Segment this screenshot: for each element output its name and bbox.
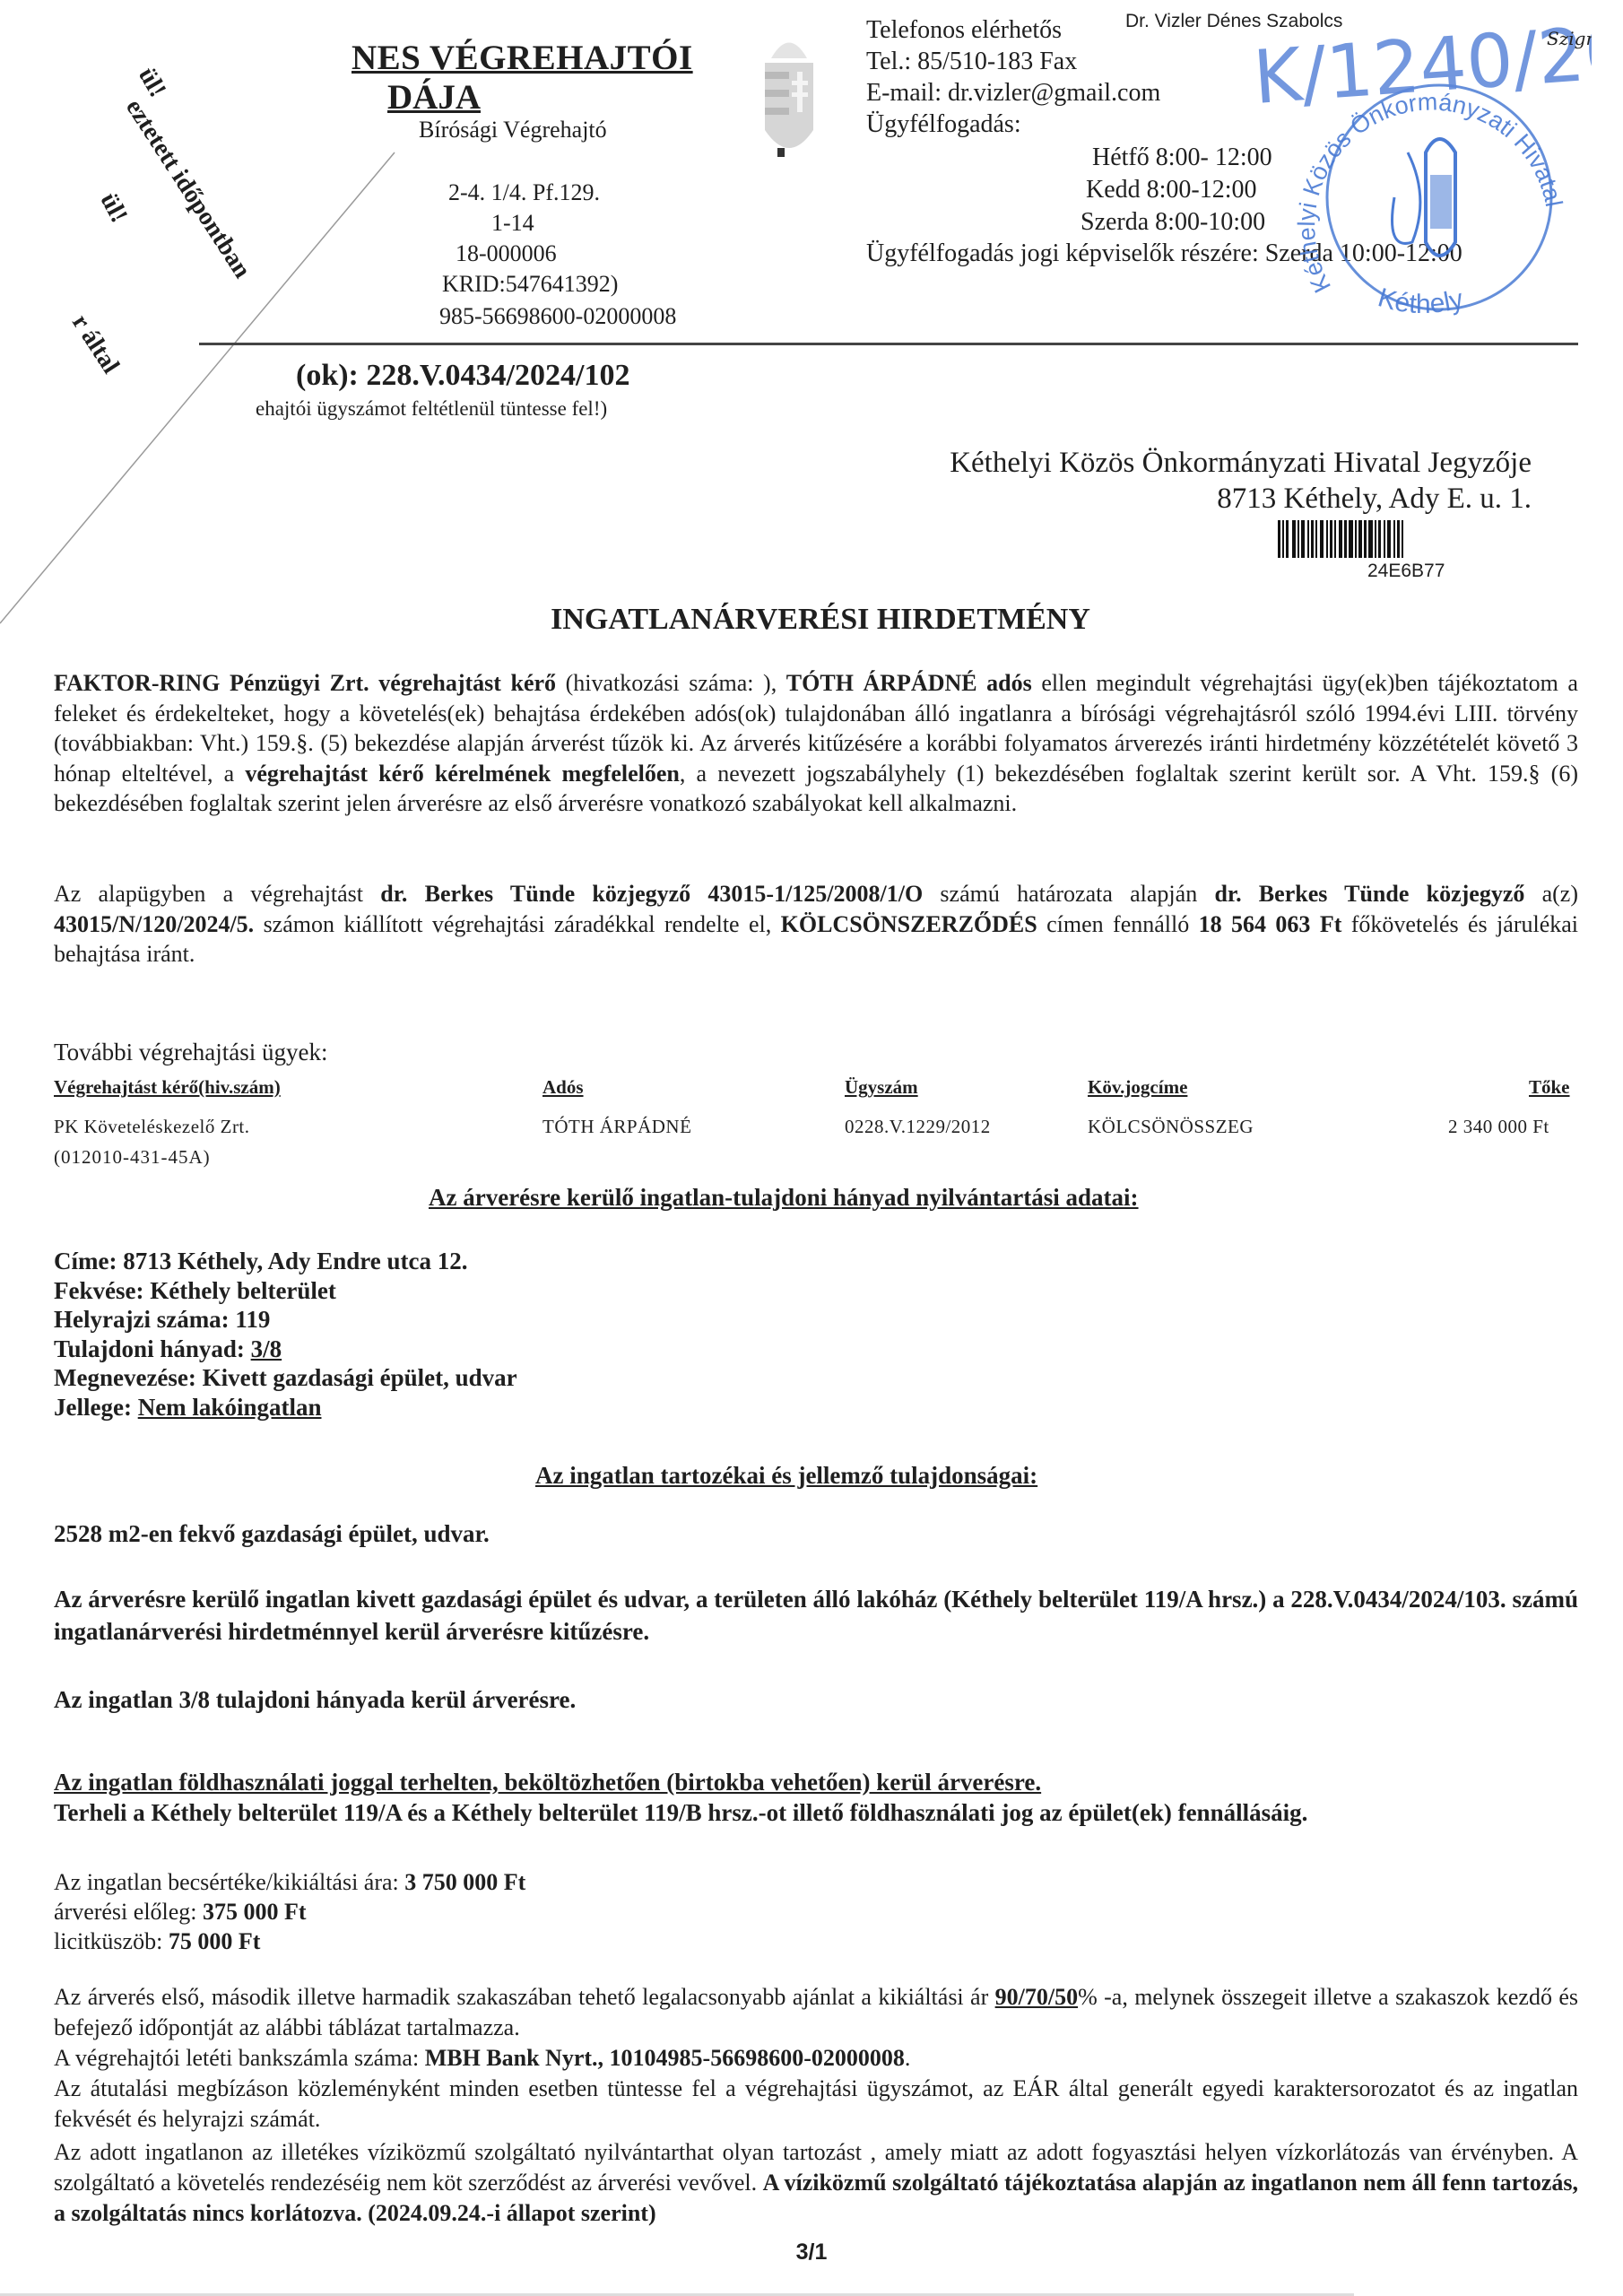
- bank-account: MBH Bank Nyrt., 10104985-56698600-020000…: [425, 2045, 905, 2071]
- official-stamp: Kéthelyi Közös Önkormányzati Hivatal Két…: [1170, 18, 1592, 341]
- cell-principal: 2 340 000 Ft: [1448, 1116, 1549, 1138]
- property-field: Fekvése: Kéthely belterület: [54, 1276, 517, 1306]
- stamp-ring-bottom: Kéthely: [1375, 283, 1466, 319]
- property-field: Címe: 8713 Kéthely, Ady Endre utca 12.: [54, 1247, 517, 1276]
- notary-decision: dr. Berkes Tünde közjegyző 43015-1/125/2…: [380, 881, 923, 907]
- tel-fax: Tel.: 85/510-183 Fax: [866, 46, 1077, 78]
- stage-percentages: 90/70/50: [995, 1984, 1078, 2010]
- case-reference-note: ehajtói ügyszámot feltétlenül tüntesse f…: [256, 397, 607, 421]
- property-section-heading: Az árverésre kerülő ingatlan-tulajdoni h…: [429, 1184, 1139, 1212]
- property-size: 2528 m2-en fekvő gazdasági épület, udvar…: [54, 1520, 490, 1548]
- office-title-line2: DÁJA: [387, 77, 481, 117]
- notary-name: dr. Berkes Tünde közjegyző: [1214, 881, 1524, 907]
- cell-case-number: 0228.V.1229/2012: [845, 1116, 991, 1138]
- property-field-label: Megnevezése:: [54, 1364, 203, 1391]
- cell-creditor: PK Követeléskezelő Zrt.: [54, 1116, 250, 1138]
- office-role: Bírósági Végrehajtó: [419, 115, 607, 145]
- bid-step: licitküszöb: 75 000 Ft: [54, 1928, 260, 1955]
- handwritten-reference: K/1240/2025: [1251, 18, 1592, 121]
- cell-creditor-ref: (012010-431-45A): [54, 1146, 211, 1169]
- more-cases-label: További végrehajtási ügyek:: [54, 1039, 328, 1066]
- property-field-value: Kivett gazdasági épület, udvar: [203, 1364, 517, 1391]
- office-krid: KRID:547641392): [442, 269, 618, 300]
- basis-text: címen fennálló: [1037, 911, 1199, 937]
- clause-number: 43015/N/120/2024/5.: [54, 911, 254, 937]
- creditor-reference: (hivatkozási száma: ),: [556, 670, 786, 696]
- basis-text: Az alapügyben a végrehajtást: [54, 881, 380, 907]
- stages-text: Az árverés első, második illetve harmadi…: [54, 1984, 995, 2010]
- cell-debtor: TÓTH ÁRPÁDNÉ: [542, 1116, 691, 1138]
- property-field: Jellege: Nem lakóingatlan: [54, 1393, 517, 1422]
- office-phone: 1-14: [491, 208, 534, 239]
- deposit: árverési előleg: 375 000 Ft: [54, 1899, 307, 1926]
- deposit-value: 375 000 Ft: [203, 1899, 307, 1925]
- column-header-case-number: Ügyszám: [845, 1076, 918, 1099]
- basis-text: számú határozata alapján: [923, 881, 1214, 907]
- column-header-creditor: Végrehajtást kérő(hiv.szám): [54, 1076, 281, 1099]
- property-field: Tulajdoni hányad: 3/8: [54, 1335, 517, 1364]
- office-registry: 18-000006: [456, 239, 557, 269]
- property-field-value: Nem lakóingatlan: [138, 1394, 322, 1421]
- header-divider: [199, 343, 1578, 345]
- basis-paragraph: Az alapügyben a végrehajtást dr. Berkes …: [54, 879, 1578, 970]
- bid-step-label: licitküszöb:: [54, 1928, 169, 1954]
- case-reference: (ok): 228.V.0434/2024/102: [296, 359, 629, 393]
- estimate-label: Az ingatlan becsértéke/kikiáltási ára:: [54, 1869, 404, 1895]
- email-address: E-mail: dr.vizler@gmail.com: [866, 77, 1160, 109]
- bid-step-value: 75 000 Ft: [169, 1928, 261, 1954]
- property-field-label: Tulajdoni hányad:: [54, 1335, 251, 1362]
- bank-label: A végrehajtói letéti bankszámla száma:: [54, 2045, 425, 2071]
- creditor-role: végrehajtást kérő: [369, 670, 556, 696]
- column-header-principal: Tőke: [1529, 1076, 1570, 1099]
- property-fields: Címe: 8713 Kéthely, Ady Endre utca 12.Fe…: [54, 1247, 517, 1422]
- recipient-address: 8713 Kéthely, Ady E. u. 1.: [1217, 481, 1532, 517]
- recipient-name: Kéthelyi Közös Önkormányzati Hivatal Jeg…: [950, 445, 1532, 481]
- property-field-label: Címe:: [54, 1248, 123, 1274]
- creditor-name: FAKTOR-RING Pénzügyi Zrt.: [54, 670, 369, 696]
- property-field: Megnevezése: Kivett gazdasági épület, ud…: [54, 1363, 517, 1393]
- property-field-value: 119: [235, 1306, 270, 1333]
- document-title: INGATLANÁRVERÉSI HIRDETMÉNY: [0, 603, 1623, 637]
- claim-amount: 18 564 063 Ft: [1199, 911, 1342, 937]
- features-section-heading: Az ingatlan tartozékai és jellemző tulaj…: [535, 1462, 1037, 1490]
- phone-availability-label: Telefonos elérhetős: [866, 14, 1062, 47]
- property-field-value: 8713 Kéthely, Ady Endre utca 12.: [123, 1248, 467, 1274]
- barcode-code: 24E6B77: [1367, 561, 1445, 582]
- share-note: Az ingatlan 3/8 tulajdoni hányada kerül …: [54, 1686, 576, 1714]
- stages-paragraph: Az árverés első, második illetve harmadi…: [54, 1982, 1578, 2135]
- debtor-name: TÓTH ÁRPÁDNÉ adós: [786, 670, 1032, 696]
- request-text: végrehajtást kérő kérelmének megfelelően: [245, 761, 680, 787]
- cell-claim-title: KÖLCSÖNÖSSZEG: [1088, 1116, 1254, 1138]
- basis-text: számon kiállított végrehajtási záradékka…: [254, 911, 780, 937]
- signature-note: Szigni: [1547, 28, 1592, 49]
- auction-note: Az árverésre kerülő ingatlan kivett gazd…: [54, 1583, 1578, 1648]
- reception-label: Ügyfélfogadás:: [866, 109, 1021, 141]
- property-field-label: Jellege:: [54, 1394, 138, 1421]
- property-field: Helyrajzi száma: 119: [54, 1305, 517, 1335]
- intro-paragraph: FAKTOR-RING Pénzügyi Zrt. végrehajtást k…: [54, 668, 1578, 819]
- basis-text: a(z): [1524, 881, 1578, 907]
- land-use-text: Terheli a Kéthely belterület 119/A és a …: [54, 1799, 1307, 1827]
- claim-title: KÖLCSÖNSZERZŐDÉS: [781, 911, 1037, 937]
- column-header-claim-title: Köv.jogcíme: [1088, 1076, 1187, 1099]
- office-address: 2-4. 1/4. Pf.129.: [448, 178, 600, 208]
- office-bank-account: 985-56698600-02000008: [439, 301, 676, 332]
- land-use-heading: Az ingatlan földhasználati joggal terhel…: [54, 1769, 1041, 1796]
- column-header-debtor: Adós: [542, 1076, 584, 1099]
- svg-text:Kéthely: Kéthely: [1375, 283, 1466, 319]
- water-utility-paragraph: Az adott ingatlanon az illetékes víziköz…: [54, 2137, 1578, 2229]
- property-field-label: Helyrajzi száma:: [54, 1306, 235, 1333]
- estimate-value: 3 750 000 Ft: [404, 1869, 525, 1895]
- page-number: 3/1: [0, 2239, 1623, 2266]
- barcode: [1278, 520, 1403, 558]
- transfer-instructions: Az átutalási megbízáson közleményként mi…: [54, 2075, 1578, 2132]
- deposit-label: árverési előleg:: [54, 1899, 203, 1925]
- property-field-value: Kéthely belterület: [150, 1277, 336, 1304]
- property-field-label: Fekvése:: [54, 1277, 150, 1304]
- estimate-price: Az ingatlan becsértéke/kikiáltási ára: 3…: [54, 1869, 525, 1896]
- office-title: NES VÉGREHAJTÓI: [352, 36, 693, 81]
- property-field-value: 3/8: [251, 1335, 282, 1362]
- coat-of-arms-icon: [758, 22, 820, 166]
